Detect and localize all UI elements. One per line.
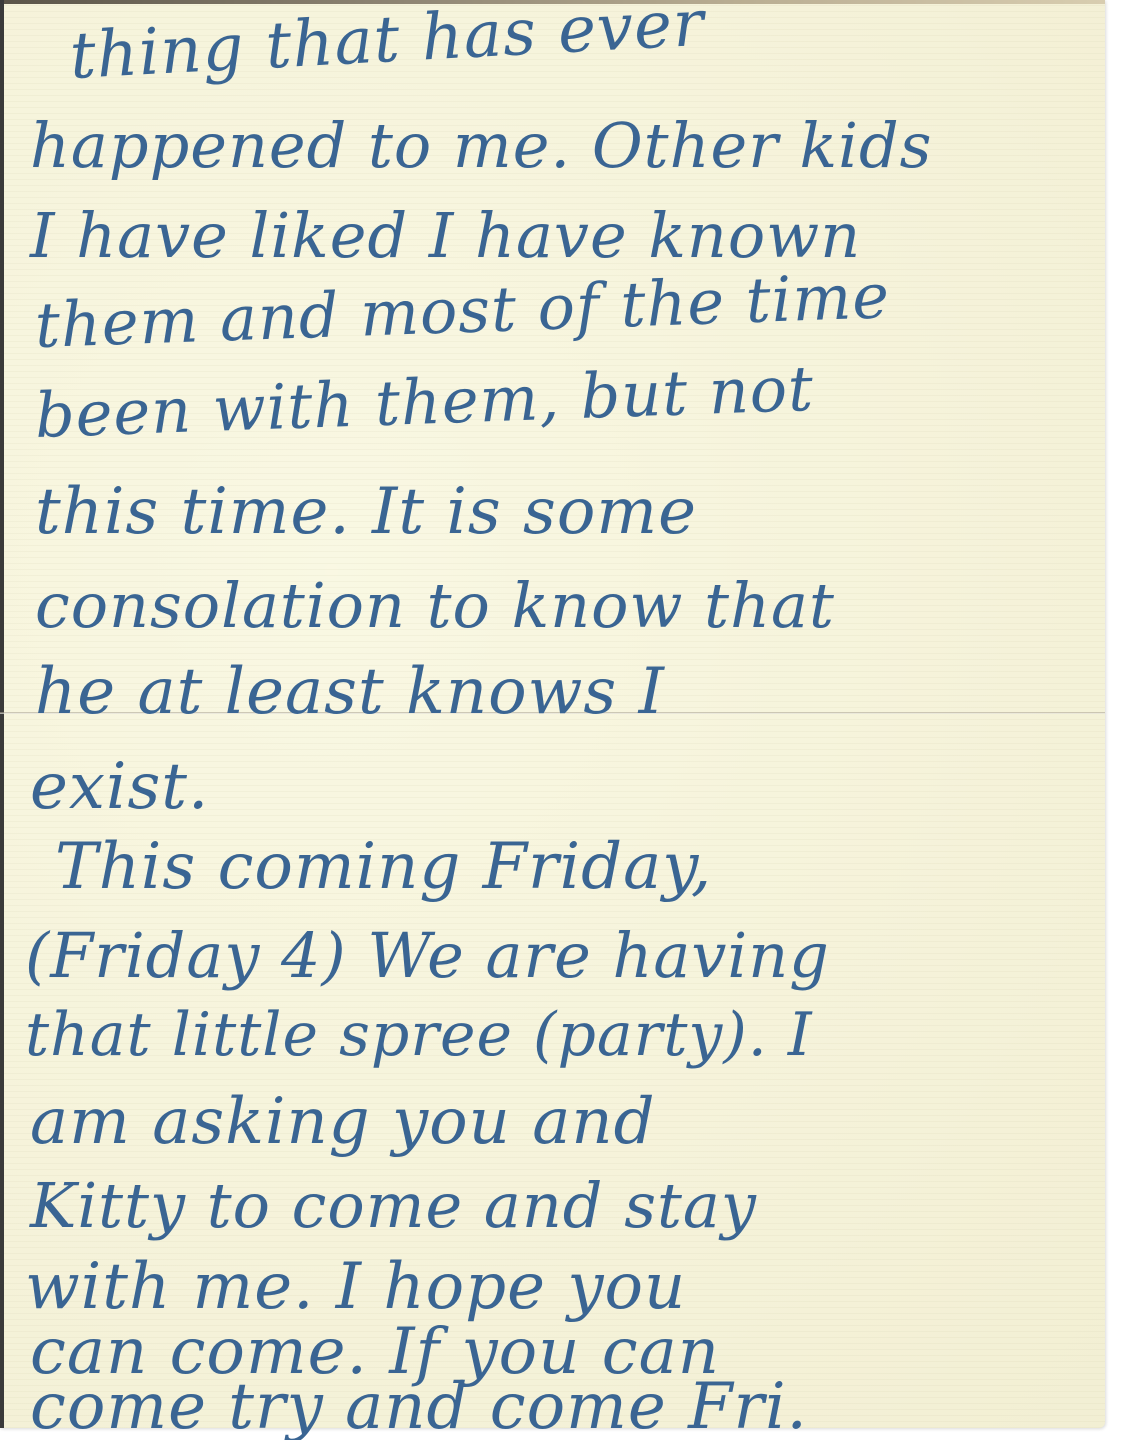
handwritten-line: (Friday 4) We are having — [25, 925, 830, 987]
handwritten-line: been with them, but not — [34, 358, 815, 447]
handwritten-line: come try and come Fri. — [30, 1375, 808, 1439]
handwritten-line: happened to me. Other kids — [30, 115, 932, 177]
handwritten-line: them and most of the time — [34, 265, 891, 357]
handwritten-line: that little spree (party). I — [25, 1005, 813, 1065]
handwritten-line: am asking you and — [30, 1090, 656, 1154]
handwritten-line: this time. It is some — [35, 480, 697, 544]
handwritten-line: he at least knows I — [35, 660, 665, 724]
paper-left-edge — [0, 0, 4, 1428]
handwritten-line: with me. I hope you — [25, 1255, 686, 1319]
handwritten-line: exist. — [30, 755, 209, 819]
handwritten-line: consolation to know that — [35, 575, 835, 637]
handwritten-line: This coming Friday, — [55, 835, 712, 899]
handwritten-line: thing that has ever — [68, 0, 706, 89]
handwritten-line: I have liked I have known — [30, 205, 861, 267]
handwritten-line: Kitty to come and stay — [30, 1175, 757, 1237]
letter-page: thing that has ever happened to me. Othe… — [0, 0, 1105, 1428]
